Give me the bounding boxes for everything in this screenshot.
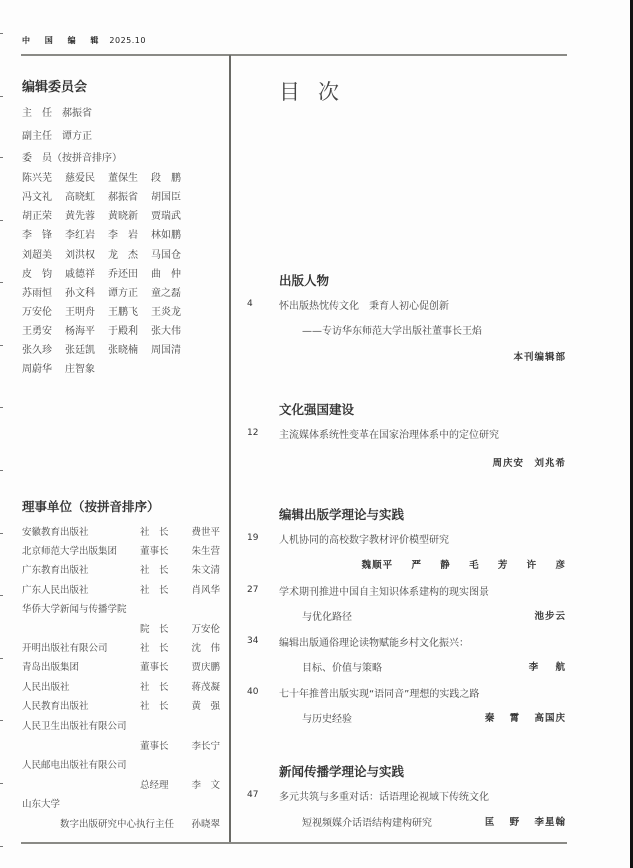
member-name: 冯文礼 bbox=[22, 188, 65, 203]
toc-page-number: 27 bbox=[247, 585, 258, 595]
toc-page-number: 34 bbox=[247, 636, 258, 646]
member-name: 王鹏飞 bbox=[108, 303, 151, 318]
member-name: 董保生 bbox=[108, 169, 151, 184]
council-org: 安徽教育出版社 bbox=[22, 524, 89, 538]
council-row: 青岛出版集团董事长贾庆鹏 bbox=[22, 659, 220, 673]
editorial-board-title: 编辑委员会 bbox=[22, 76, 87, 95]
toc-article-authors: 池步云 bbox=[534, 608, 566, 622]
council-row: 安徽教育出版社社 长费世平 bbox=[22, 524, 220, 538]
members-row: 陈兴芜慈爱民董保生段 鹏 bbox=[22, 169, 194, 184]
member-name: 刘洪权 bbox=[65, 246, 108, 261]
member-name: 谭方正 bbox=[108, 284, 151, 299]
toc-category: 新闻传播学理论与实践 bbox=[279, 762, 404, 780]
council-person: 朱生营 bbox=[191, 543, 220, 557]
binding-mark bbox=[0, 282, 3, 283]
member-name: 张久珍 bbox=[22, 341, 65, 356]
council-title-role: 社 长 bbox=[140, 679, 180, 693]
binding-mark bbox=[0, 595, 3, 596]
toc-heading: 目次 bbox=[279, 76, 357, 106]
member-name: 胡国臣 bbox=[151, 188, 194, 203]
members-row: 冯文礼高晓虹郝振省胡国臣 bbox=[22, 188, 194, 203]
toc-article-authors: 秦 霄 高国庆 bbox=[485, 710, 566, 724]
member-name: 周蔚华 bbox=[22, 360, 65, 375]
council-person: 万安伦 bbox=[191, 621, 220, 635]
council-person: 李长宁 bbox=[191, 738, 220, 752]
running-head: 中 国 编 辑 2025.10 bbox=[22, 35, 146, 46]
binding-mark bbox=[0, 720, 3, 721]
toc-category: 出版人物 bbox=[279, 271, 329, 289]
member-name: 慈爱民 bbox=[65, 169, 108, 184]
council-org: 华侨大学新闻与传播学院 bbox=[22, 601, 127, 615]
council-row: 总经理李 文 bbox=[22, 777, 220, 791]
council-row: 广东教育出版社社 长朱文清 bbox=[22, 562, 220, 576]
binding-mark bbox=[0, 658, 3, 659]
bottom-rule bbox=[21, 842, 567, 844]
council-person: 贾庆鹏 bbox=[191, 659, 220, 673]
deputy-name: 谭方正 bbox=[62, 131, 92, 142]
member-name: 张大伟 bbox=[151, 322, 194, 337]
council-title-role: 数字出版研究中心执行主任 bbox=[60, 816, 174, 830]
members-row: 王勇安杨海平于殿利张大伟 bbox=[22, 322, 194, 337]
member-name: 贾瑞武 bbox=[151, 207, 194, 222]
council-title-role: 社 长 bbox=[140, 524, 180, 538]
director-line: 主 任郝振省 bbox=[22, 104, 92, 119]
column-divider bbox=[229, 55, 231, 843]
council-row: 山东大学 bbox=[22, 796, 220, 810]
council-org: 人民出版社 bbox=[22, 679, 70, 693]
binding-mark bbox=[0, 96, 3, 97]
council-title-role: 社 长 bbox=[140, 640, 180, 654]
council-person: 蒋茂凝 bbox=[191, 679, 220, 693]
member-name: 童之磊 bbox=[151, 284, 194, 299]
council-title: 理事单位（按拼音排序） bbox=[22, 497, 160, 515]
member-name: 万安伦 bbox=[22, 303, 65, 318]
binding-mark bbox=[0, 846, 3, 847]
council-org: 山东大学 bbox=[22, 796, 60, 810]
member-name: 高晓虹 bbox=[65, 188, 108, 203]
members-row: 周蔚华庄智象 bbox=[22, 360, 108, 375]
toc-article-title[interactable]: 学术期刊推进中国自主知识体系建构的现实图景 bbox=[279, 583, 489, 598]
toc-article-title[interactable]: 编辑出版通俗理论读物赋能乡村文化振兴： bbox=[279, 634, 469, 649]
council-row: 华侨大学新闻与传播学院 bbox=[22, 601, 220, 615]
toc-article-title[interactable]: 七十年推普出版实现“语同音”理想的实践之路 bbox=[279, 685, 479, 700]
toc-article-title[interactable]: 多元共筑与多重对话：话语理论视域下传统文化 bbox=[279, 788, 489, 803]
member-name: 刘超美 bbox=[22, 246, 65, 261]
toc-article-authors: 魏顺平 严 静 毛 芳 许 彦 bbox=[362, 557, 566, 571]
member-name: 曲 仲 bbox=[151, 265, 194, 280]
council-org: 广东教育出版社 bbox=[22, 562, 89, 576]
member-name: 林如鹏 bbox=[151, 226, 194, 241]
director-name: 郝振省 bbox=[62, 108, 92, 119]
council-org: 广东人民出版社 bbox=[22, 582, 89, 596]
member-name: 李 岩 bbox=[108, 226, 151, 241]
binding-mark bbox=[0, 345, 3, 346]
member-name: 王明舟 bbox=[65, 303, 108, 318]
director-role: 主 任 bbox=[22, 104, 62, 119]
council-person: 沈 伟 bbox=[191, 640, 220, 654]
toc-page-number: 40 bbox=[247, 687, 258, 697]
member-name: 陈兴芜 bbox=[22, 169, 65, 184]
toc-article-subtitle: 短视频媒介话语结构建构研究 bbox=[302, 814, 432, 829]
members-row: 皮 钧戚德祥乔还田曲 仲 bbox=[22, 265, 194, 280]
members-row: 李 锋李红岩李 岩林如鹏 bbox=[22, 226, 194, 241]
binding-mark bbox=[0, 157, 3, 158]
council-row: 开明出版社有限公司社 长沈 伟 bbox=[22, 640, 220, 654]
council-row: 人民出版社社 长蒋茂凝 bbox=[22, 679, 220, 693]
council-person: 肖风华 bbox=[191, 582, 220, 596]
toc-category: 文化强国建设 bbox=[279, 400, 354, 418]
council-row: 人民教育出版社社 长黄 强 bbox=[22, 698, 220, 712]
binding-mark bbox=[0, 33, 3, 34]
member-name: 戚德祥 bbox=[65, 265, 108, 280]
member-name: 皮 钧 bbox=[22, 265, 65, 280]
toc-page-number: 12 bbox=[247, 428, 258, 438]
member-name: 于殿利 bbox=[108, 322, 151, 337]
member-name: 杨海平 bbox=[65, 322, 108, 337]
member-name: 段 鹏 bbox=[151, 169, 194, 184]
binding-mark bbox=[0, 533, 3, 534]
member-name: 李 锋 bbox=[22, 226, 65, 241]
member-name: 黄晓新 bbox=[108, 207, 151, 222]
council-title-role: 社 长 bbox=[140, 698, 180, 712]
council-row: 数字出版研究中心执行主任孙晓翠 bbox=[22, 816, 220, 830]
toc-article-subtitle: 目标、价值与策略 bbox=[302, 659, 382, 674]
deputy-line: 副主任谭方正 bbox=[22, 127, 92, 142]
council-person: 费世平 bbox=[191, 524, 220, 538]
toc-article-subtitle: 与优化路径 bbox=[302, 608, 352, 623]
binding-mark bbox=[0, 220, 3, 221]
members-row: 苏雨恒孙文科谭方正童之磊 bbox=[22, 284, 194, 299]
deputy-role: 副主任 bbox=[22, 127, 62, 142]
member-name: 马国仓 bbox=[151, 246, 194, 261]
council-org: 北京师范大学出版集团 bbox=[22, 543, 117, 557]
top-rule bbox=[21, 54, 567, 56]
toc-page-number: 4 bbox=[247, 299, 253, 309]
members-label: 委 员（按拼音排序） bbox=[22, 149, 122, 164]
member-name: 黄先蓉 bbox=[65, 207, 108, 222]
toc-article-title[interactable]: 人机协同的高校数字教材评价模型研究 bbox=[279, 531, 449, 546]
toc-article-authors: 匡 野 李星翰 bbox=[485, 814, 566, 828]
toc-article-subtitle: 与历史经验 bbox=[302, 710, 352, 725]
council-title-role: 董事长 bbox=[140, 543, 180, 557]
binding-mark bbox=[0, 407, 3, 408]
member-name: 王炎龙 bbox=[151, 303, 194, 318]
toc-page-number: 19 bbox=[247, 533, 258, 543]
council-title-role: 社 长 bbox=[140, 562, 180, 576]
council-org: 青岛出版集团 bbox=[22, 659, 79, 673]
council-row: 北京师范大学出版集团董事长朱生营 bbox=[22, 543, 220, 557]
council-row: 广东人民出版社社 长肖风华 bbox=[22, 582, 220, 596]
council-row: 人民卫生出版社有限公司 bbox=[22, 718, 220, 732]
toc-category: 编辑出版学理论与实践 bbox=[279, 505, 404, 523]
council-org: 人民卫生出版社有限公司 bbox=[22, 718, 127, 732]
council-row: 人民邮电出版社有限公司 bbox=[22, 757, 220, 771]
member-name: 郝振省 bbox=[108, 188, 151, 203]
members-row: 张久珍张廷凯张晓楠周国清 bbox=[22, 341, 194, 356]
toc-article-title[interactable]: 怀出版热忱传文化 秉育人初心促创新 bbox=[279, 297, 449, 312]
member-name: 胡正荣 bbox=[22, 207, 65, 222]
member-name: 孙文科 bbox=[65, 284, 108, 299]
council-title-role: 总经理 bbox=[140, 777, 180, 791]
council-org: 人民邮电出版社有限公司 bbox=[22, 757, 127, 771]
council-person: 李 文 bbox=[191, 777, 220, 791]
members-row: 万安伦王明舟王鹏飞王炎龙 bbox=[22, 303, 194, 318]
member-name: 张晓楠 bbox=[108, 341, 151, 356]
council-person: 孙晓翠 bbox=[191, 816, 220, 830]
journal-name: 中 国 编 辑 bbox=[22, 36, 104, 45]
binding-mark bbox=[0, 470, 3, 471]
member-name: 庄智象 bbox=[65, 360, 108, 375]
member-name: 张廷凯 bbox=[65, 341, 108, 356]
council-row: 院 长万安伦 bbox=[22, 621, 220, 635]
member-name: 李红岩 bbox=[65, 226, 108, 241]
toc-article-authors: 李 航 bbox=[529, 659, 566, 673]
toc-article-subtitle: ——专访华东师范大学出版社董事长王焰 bbox=[302, 322, 482, 337]
toc-article-authors: 本刊编辑部 bbox=[513, 349, 566, 363]
council-person: 黄 强 bbox=[191, 698, 220, 712]
council-title-role: 董事长 bbox=[140, 659, 180, 673]
council-title-role: 董事长 bbox=[140, 738, 180, 752]
binding-mark bbox=[0, 783, 3, 784]
council-org: 开明出版社有限公司 bbox=[22, 640, 108, 654]
member-name: 苏雨恒 bbox=[22, 284, 65, 299]
members-row: 胡正荣黄先蓉黄晓新贾瑞武 bbox=[22, 207, 194, 222]
members-row: 刘超美刘洪权龙 杰马国仓 bbox=[22, 246, 194, 261]
toc-article-authors: 周庆安 刘兆希 bbox=[492, 455, 566, 469]
issue-number: 2025.10 bbox=[109, 36, 146, 45]
council-row: 董事长李长宁 bbox=[22, 738, 220, 752]
member-name: 周国清 bbox=[151, 341, 194, 356]
council-org: 人民教育出版社 bbox=[22, 698, 89, 712]
toc-page-number: 47 bbox=[247, 790, 258, 800]
council-title-role: 院 长 bbox=[140, 621, 180, 635]
council-person: 朱文清 bbox=[191, 562, 220, 576]
member-name: 王勇安 bbox=[22, 322, 65, 337]
council-title-role: 社 长 bbox=[140, 582, 180, 596]
member-name: 龙 杰 bbox=[108, 246, 151, 261]
member-name: 乔还田 bbox=[108, 265, 151, 280]
toc-article-title[interactable]: 主流媒体系统性变革在国家治理体系中的定位研究 bbox=[279, 426, 499, 441]
